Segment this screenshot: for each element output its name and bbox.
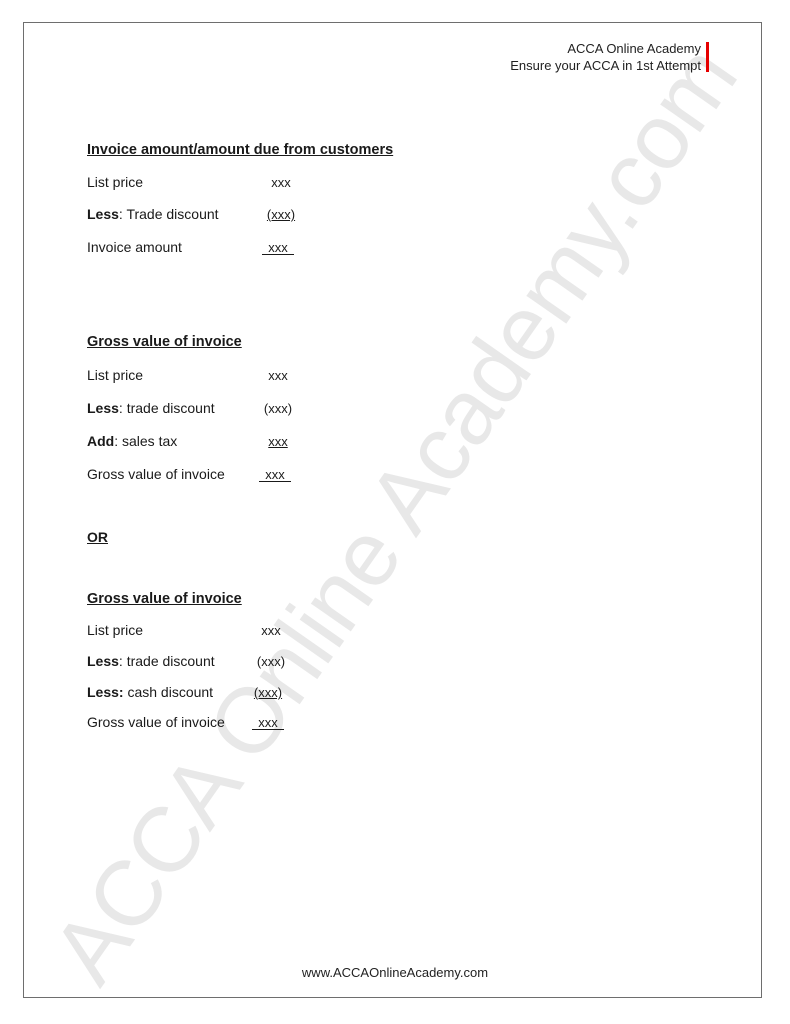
section-title-gross-value-alt: Gross value of invoice bbox=[87, 591, 242, 607]
row-label: Invoice amount bbox=[87, 239, 182, 255]
table-row: Less: trade discount bbox=[87, 400, 215, 416]
row-value: (xxx) bbox=[241, 654, 301, 669]
header-accent-bar bbox=[706, 42, 709, 72]
row-value-total: xxx bbox=[248, 240, 308, 255]
table-row: Less: Trade discount bbox=[87, 206, 219, 222]
row-label: List price bbox=[87, 367, 143, 383]
table-row: Invoice amount bbox=[87, 239, 182, 255]
table-row: Gross value of invoice bbox=[87, 466, 225, 482]
section-title-invoice-amount: Invoice amount/amount due from customers bbox=[87, 142, 393, 158]
row-label: Add: sales tax bbox=[87, 433, 177, 449]
table-row: Add: sales tax bbox=[87, 433, 177, 449]
row-label: Less: trade discount bbox=[87, 653, 215, 669]
page-header: ACCA Online Academy Ensure your ACCA in … bbox=[510, 40, 701, 74]
or-separator: OR bbox=[87, 529, 108, 545]
row-value: (xxx) bbox=[251, 207, 311, 222]
row-value-total: xxx bbox=[245, 467, 305, 482]
row-value: (xxx) bbox=[248, 401, 308, 416]
document-page: ACCA Online Academy Ensure your ACCA in … bbox=[0, 0, 790, 1024]
header-brand: ACCA Online Academy bbox=[510, 40, 701, 57]
row-label: Less: Trade discount bbox=[87, 206, 219, 222]
row-label: List price bbox=[87, 174, 143, 190]
row-value: xxx bbox=[248, 368, 308, 383]
row-value-total: xxx bbox=[238, 715, 298, 730]
footer-website-link[interactable]: www.ACCAOnlineAcademy.com bbox=[0, 965, 790, 980]
table-row: Less: cash discount bbox=[87, 684, 213, 700]
table-row: List price bbox=[87, 367, 143, 383]
section-title-gross-value: Gross value of invoice bbox=[87, 334, 242, 350]
table-row: Less: trade discount bbox=[87, 653, 215, 669]
row-label: Gross value of invoice bbox=[87, 466, 225, 482]
row-label: Less: cash discount bbox=[87, 684, 213, 700]
row-value: (xxx) bbox=[238, 685, 298, 700]
row-value: xxx bbox=[251, 175, 311, 190]
row-label: Less: trade discount bbox=[87, 400, 215, 416]
row-label: List price bbox=[87, 622, 143, 638]
table-row: Gross value of invoice bbox=[87, 714, 225, 730]
table-row: List price bbox=[87, 622, 143, 638]
table-row: List price bbox=[87, 174, 143, 190]
header-tagline: Ensure your ACCA in 1st Attempt bbox=[510, 57, 701, 74]
row-value: xxx bbox=[241, 623, 301, 638]
row-value: xxx bbox=[248, 434, 308, 449]
row-label: Gross value of invoice bbox=[87, 714, 225, 730]
